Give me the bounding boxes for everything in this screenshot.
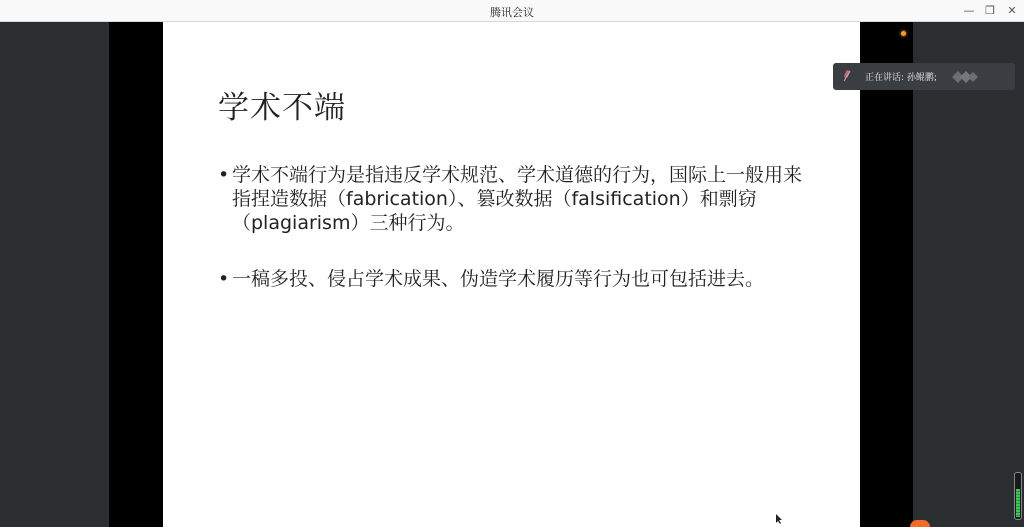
slide-bullet-2: • 一稿多投、侵占学术成果、伪造学术履历等行为也可包括进去。 [218,267,812,291]
bullet-text: 学术不端行为是指违反学术规范、学术道德的行为，国际上一般用来指捏造数据（fabr… [232,163,812,235]
volume-level [1016,489,1020,517]
window-title-bar: 腾讯会议 — ❐ ✕ [0,0,1024,22]
microphone-icon [842,69,852,83]
restore-button[interactable]: ❐ [981,3,999,19]
close-button[interactable]: ✕ [1003,3,1021,19]
volume-meter [1014,472,1022,520]
left-background-panel [0,22,109,527]
mouse-cursor-icon [776,514,784,524]
speaking-indicator[interactable]: 正在讲话: 孙鲲鹏; [833,63,1015,90]
minimize-button[interactable]: — [960,3,978,19]
speaker-label: 正在讲话: 孙鲲鹏; [865,70,937,83]
speaker-avatar-icon [950,69,980,84]
floating-toolbar-handle[interactable] [910,520,930,527]
slide-bullet-1: • 学术不端行为是指违反学术规范、学术道德的行为，国际上一般用来指捏造数据（fa… [218,163,812,235]
bullet-text: 一稿多投、侵占学术成果、伪造学术履历等行为也可包括进去。 [232,267,812,291]
shared-screen-slide: 学术不端 • 学术不端行为是指违反学术规范、学术道德的行为，国际上一般用来指捏造… [163,22,860,527]
slide-title: 学术不端 [218,82,346,127]
recording-dot-icon [901,31,906,36]
bullet-marker: • [218,163,232,187]
right-background-panel [913,22,1024,527]
window-title: 腾讯会议 [0,4,1024,20]
bullet-marker: • [218,267,232,291]
left-letterbox [109,22,163,527]
right-letterbox [860,22,913,527]
